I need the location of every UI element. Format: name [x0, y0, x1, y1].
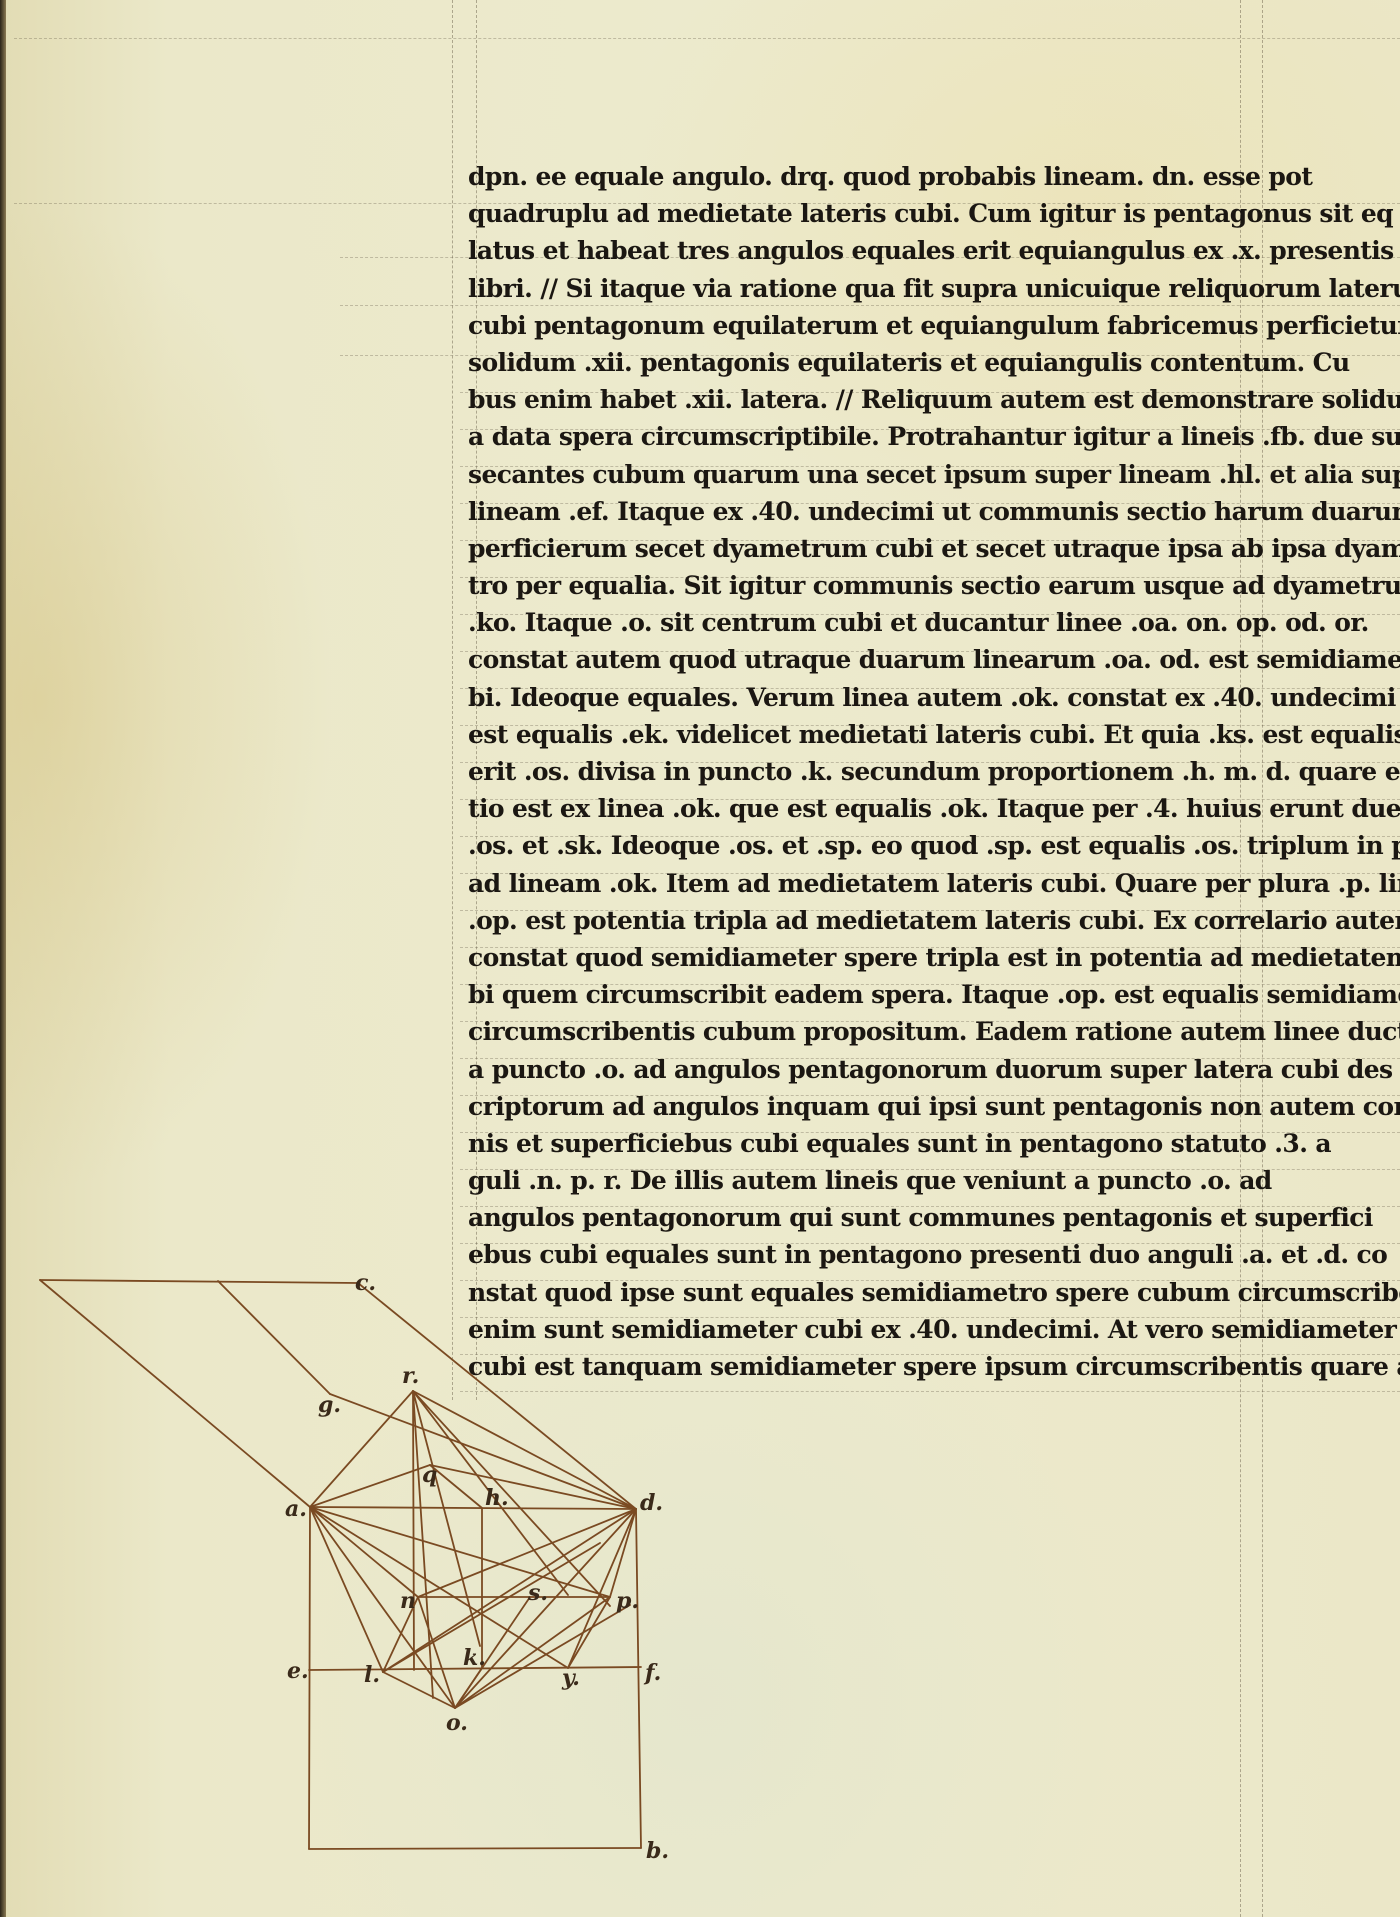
diagram-label-b: b. [646, 1838, 669, 1864]
ruling-line [460, 1391, 1400, 1392]
text-line: enim sunt semidiameter cubi ex .40. unde… [468, 1311, 1268, 1348]
text-line: cubi est tanquam semidiameter spere ipsu… [468, 1348, 1268, 1385]
text-line: ad lineam .ok. Item ad medietatem lateri… [468, 865, 1268, 902]
manuscript-text-column: dpn. ee equale angulo. drq. quod probabi… [468, 158, 1268, 1385]
diagram-label-g: g. [318, 1392, 341, 1418]
text-line: nis et superficiebus cubi equales sunt i… [468, 1125, 1268, 1162]
diagram-label-n: n [400, 1588, 416, 1614]
diagram-label-d: d. [640, 1490, 663, 1516]
diagram-label-s: s. [527, 1580, 548, 1606]
text-line: .ko. Itaque .o. sit centrum cubi et duca… [468, 604, 1268, 641]
text-line: perficierum secet dyametrum cubi et sece… [468, 530, 1268, 567]
text-line: bi quem circumscribit eadem spera. Itaqu… [468, 976, 1268, 1013]
text-line: .op. est potentia tripla ad medietatem l… [468, 902, 1268, 939]
diagram-label-h: h. [485, 1485, 509, 1511]
text-line: .os. et .sk. Ideoque .os. et .sp. eo quo… [468, 827, 1268, 864]
text-line: ebus cubi equales sunt in pentagono pres… [468, 1236, 1268, 1273]
text-line: a puncto .o. ad angulos pentagonorum duo… [468, 1051, 1268, 1088]
text-line: quadruplu ad medietate lateris cubi. Cum… [468, 195, 1268, 232]
text-line: tio est ex linea .ok. que est equalis .o… [468, 790, 1268, 827]
diagram-label-o: o. [446, 1710, 468, 1736]
text-line: lineam .ef. Itaque ex .40. undecimi ut c… [468, 493, 1268, 530]
text-line: bus enim habet .xii. latera. // Reliquum… [468, 381, 1268, 418]
ruling-line [14, 38, 1400, 39]
text-line: libri. // Si itaque via ratione qua fit … [468, 270, 1268, 307]
diagram-label-y: y. [561, 1665, 580, 1691]
text-line: tro per equalia. Sit igitur communis sec… [468, 567, 1268, 604]
diagram-label-p: p. [616, 1588, 639, 1614]
text-line: erit .os. divisa in puncto .k. secundum … [468, 753, 1268, 790]
text-line: angulos pentagonorum qui sunt communes p… [468, 1199, 1268, 1236]
text-line: est equalis .ek. videlicet medietati lat… [468, 716, 1268, 753]
text-line: a data spera circumscriptibile. Protraha… [468, 418, 1268, 455]
diagram-label-e: e. [287, 1658, 309, 1684]
text-line: constat autem quod utraque duarum linear… [468, 641, 1268, 678]
text-line: constat quod semidiameter spere tripla e… [468, 939, 1268, 976]
text-line: cubi pentagonum equilaterum et equiangul… [468, 307, 1268, 344]
diagram-label-a: a. [285, 1496, 307, 1522]
ruling-line [452, 0, 453, 1400]
diagram-label-k: k. [463, 1645, 486, 1671]
text-line: bi. Ideoque equales. Verum linea autem .… [468, 679, 1268, 716]
diagram-label-l: l. [364, 1662, 380, 1688]
text-line: solidum .xii. pentagonis equilateris et … [468, 344, 1268, 381]
text-line: criptorum ad angulos inquam qui ipsi sun… [468, 1088, 1268, 1125]
text-line: latus et habeat tres angulos equales eri… [468, 232, 1268, 269]
page-binding-edge [0, 0, 6, 1917]
text-line: nstat quod ipse sunt equales semidiametr… [468, 1274, 1268, 1311]
diagram-label-r: r. [402, 1363, 419, 1389]
diagram-label-c: c. [355, 1270, 376, 1296]
diagram-label-f: f. [643, 1660, 661, 1686]
diagram-label-q: q [422, 1462, 437, 1488]
text-line: circumscribentis cubum propositum. Eadem… [468, 1013, 1268, 1050]
text-line: dpn. ee equale angulo. drq. quod probabi… [468, 158, 1268, 195]
text-line: secantes cubum quarum una secet ipsum su… [468, 456, 1268, 493]
text-line: guli .n. p. r. De illis autem lineis que… [468, 1162, 1268, 1199]
